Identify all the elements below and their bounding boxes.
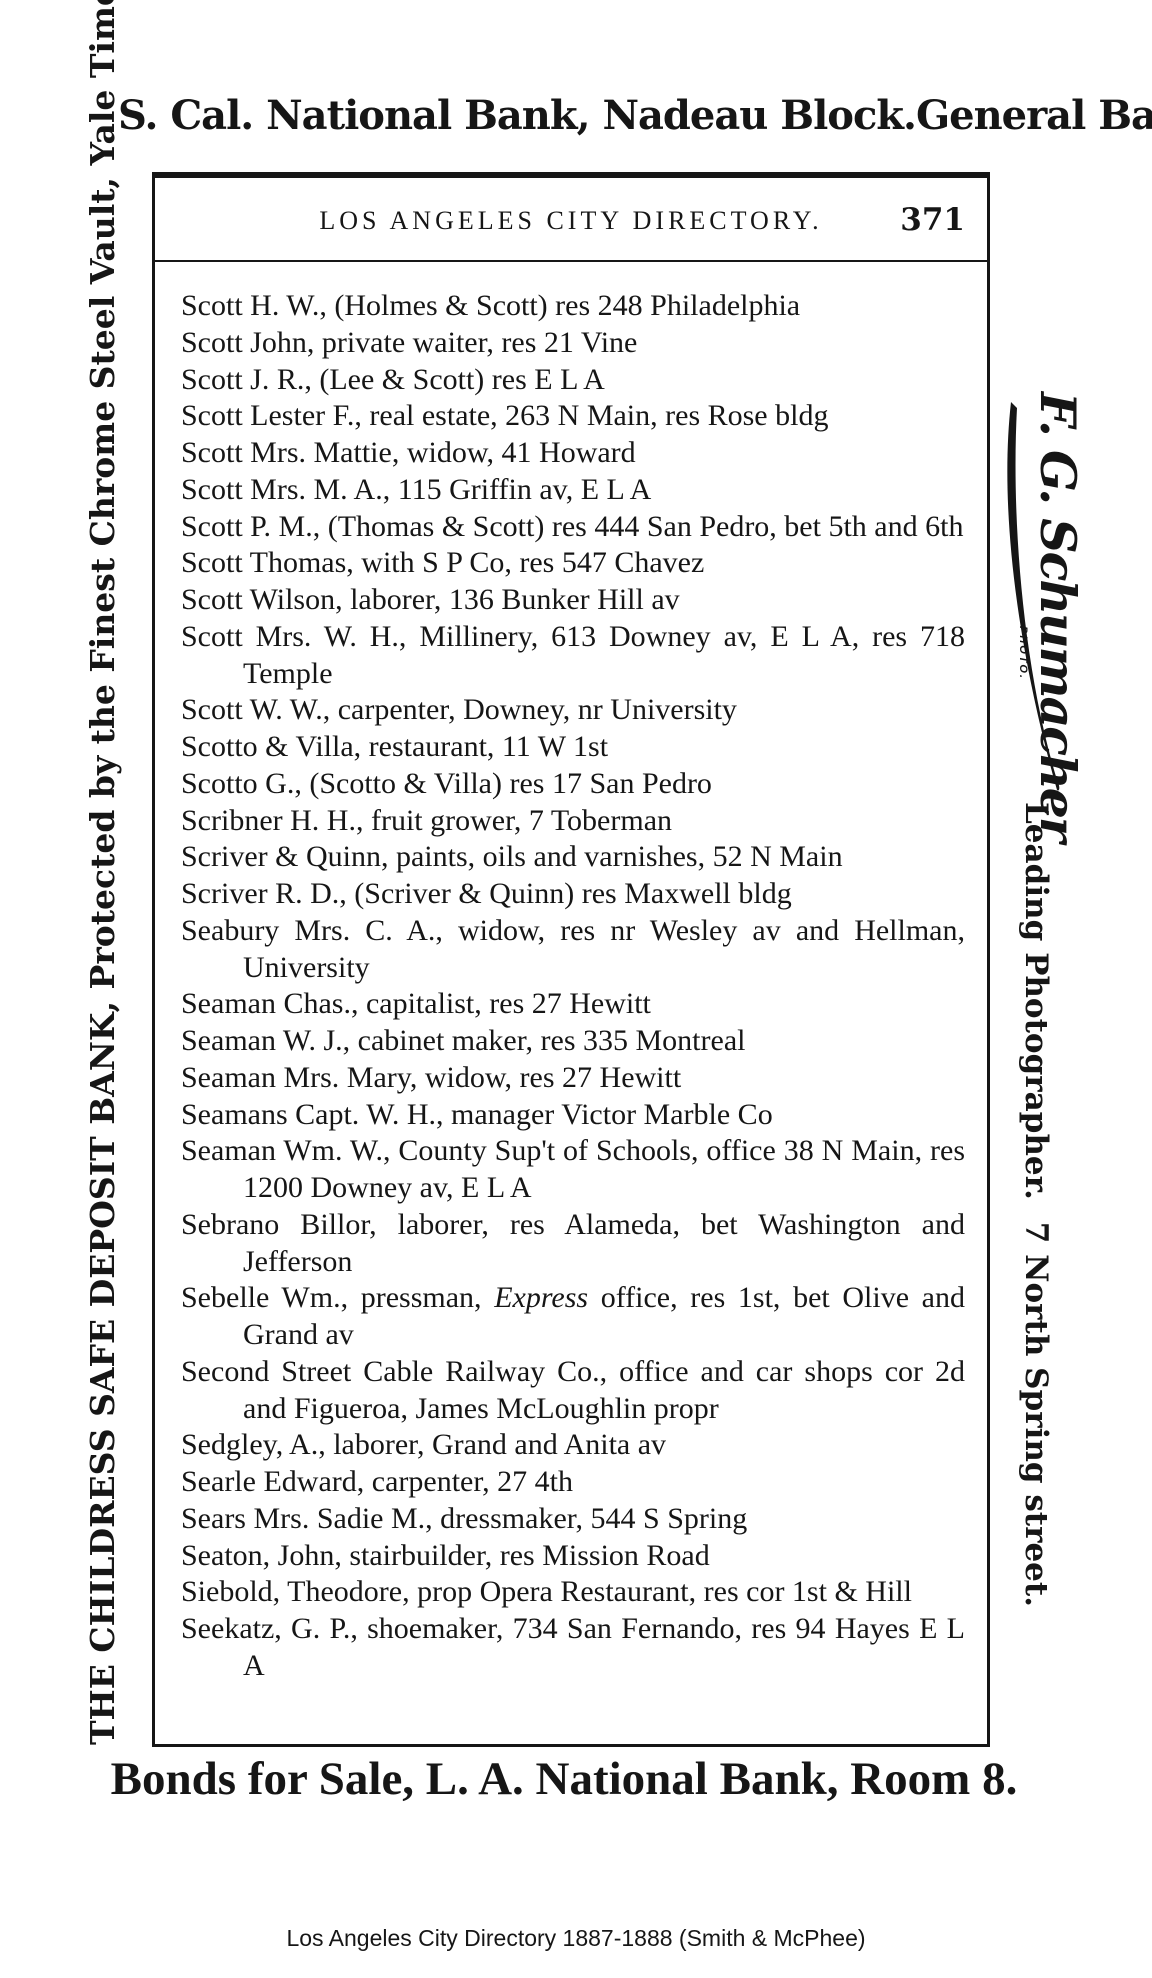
archival-caption: Los Angeles City Directory 1887-1888 (Sm… (0, 1925, 1152, 1952)
directory-entry: Seaman Wm. W., County Sup't of Schools, … (181, 1133, 965, 1207)
directory-entry: Sears Mrs. Sadie M., dressmaker, 544 S S… (181, 1501, 965, 1538)
photo-label: PHOTO. (1017, 626, 1029, 680)
top-ad-banking-text: General Banking. (916, 92, 1152, 139)
directory-entry: Scotto & Villa, restaurant, 11 W 1st (181, 729, 965, 766)
signature-rotated-wrap: F. G. Schumacher PHOTO. (993, 388, 1095, 806)
directory-entry: Scribner H. H., fruit grower, 7 Toberman (181, 803, 965, 840)
directory-entry: Seabury Mrs. C. A., widow, res nr Wesley… (181, 913, 965, 987)
right-ad-signature-block: F. G. Schumacher PHOTO. (993, 388, 1095, 806)
right-ad-tagline-block: Leading Photographer. 7 North Spring str… (1001, 802, 1071, 1607)
directory-page-box: LOS ANGELES CITY DIRECTORY. 371 Scott H.… (152, 172, 990, 1747)
directory-entry: Seaman Mrs. Mary, widow, res 27 Hewitt (181, 1060, 965, 1097)
directory-entry: Searle Edward, carpenter, 27 4th (181, 1464, 965, 1501)
directory-entry: Second Street Cable Railway Co., office … (181, 1354, 965, 1428)
directory-entry: Scott P. M., (Thomas & Scott) res 444 Sa… (181, 509, 965, 546)
directory-entry: Sebelle Wm., pressman, Express office, r… (181, 1280, 965, 1354)
directory-entry: Scott Wilson, laborer, 136 Bunker Hill a… (181, 582, 965, 619)
directory-entry: Seaman Chas., capitalist, res 27 Hewitt (181, 986, 965, 1023)
directory-title: LOS ANGELES CITY DIRECTORY. (155, 206, 987, 236)
directory-entry: Seamans Capt. W. H., manager Victor Marb… (181, 1097, 965, 1134)
tagline-address: 7 North Spring street. (1018, 1222, 1054, 1607)
directory-entry: Scriver R. D., (Scriver & Quinn) res Max… (181, 876, 965, 913)
directory-entry: Scott Thomas, with S P Co, res 547 Chave… (181, 545, 965, 582)
left-ad-text: THE CHILDRESS SAFE DEPOSIT BANK, Protect… (66, 140, 140, 1745)
directory-entry: Scotto G., (Scotto & Villa) res 17 San P… (181, 766, 965, 803)
photographer-signature: F. G. Schumacher (1029, 392, 1087, 841)
tagline-rotated-wrap: Leading Photographer. 7 North Spring str… (1001, 802, 1071, 1607)
top-ad-bank-text: S. Cal. National Bank, Nadeau Block. (118, 92, 916, 139)
top-ad-banner: S. Cal. National Bank, Nadeau Block. Gen… (118, 92, 1010, 139)
directory-entry: Seekatz, G. P., shoemaker, 734 San Ferna… (181, 1611, 965, 1685)
directory-entry: Scott Mrs. W. H., Millinery, 613 Downey … (181, 619, 965, 693)
directory-entry: Sedgley, A., laborer, Grand and Anita av (181, 1427, 965, 1464)
directory-entry: Scott Mrs. M. A., 115 Griffin av, E L A (181, 472, 965, 509)
directory-entry: Scriver & Quinn, paints, oils and varnis… (181, 839, 965, 876)
directory-entry: Sebrano Billor, laborer, res Alameda, be… (181, 1207, 965, 1281)
page-number: 371 (900, 202, 965, 238)
tagline-leading-photographer: Leading Photographer. (1018, 802, 1054, 1200)
directory-entries: Scott H. W., (Holmes & Scott) res 248 Ph… (155, 262, 987, 1685)
left-ad-strip: THE CHILDRESS SAFE DEPOSIT BANK, Protect… (66, 140, 140, 1745)
directory-entry: Scott J. R., (Lee & Scott) res E L A (181, 362, 965, 399)
directory-entry: Seaton, John, stairbuilder, res Mission … (181, 1538, 965, 1575)
directory-header: LOS ANGELES CITY DIRECTORY. 371 (155, 206, 987, 244)
directory-entry: Scott W. W., carpenter, Downey, nr Unive… (181, 692, 965, 729)
directory-entry: Scott Lester F., real estate, 263 N Main… (181, 398, 965, 435)
directory-entry: Seaman W. J., cabinet maker, res 335 Mon… (181, 1023, 965, 1060)
directory-entry: Siebold, Theodore, prop Opera Restaurant… (181, 1574, 965, 1611)
bottom-ad-banner: Bonds for Sale, L. A. National Bank, Roo… (110, 1752, 1018, 1806)
directory-entry: Scott John, private waiter, res 21 Vine (181, 325, 965, 362)
directory-entry: Scott H. W., (Holmes & Scott) res 248 Ph… (181, 288, 965, 325)
directory-entry: Scott Mrs. Mattie, widow, 41 Howard (181, 435, 965, 472)
